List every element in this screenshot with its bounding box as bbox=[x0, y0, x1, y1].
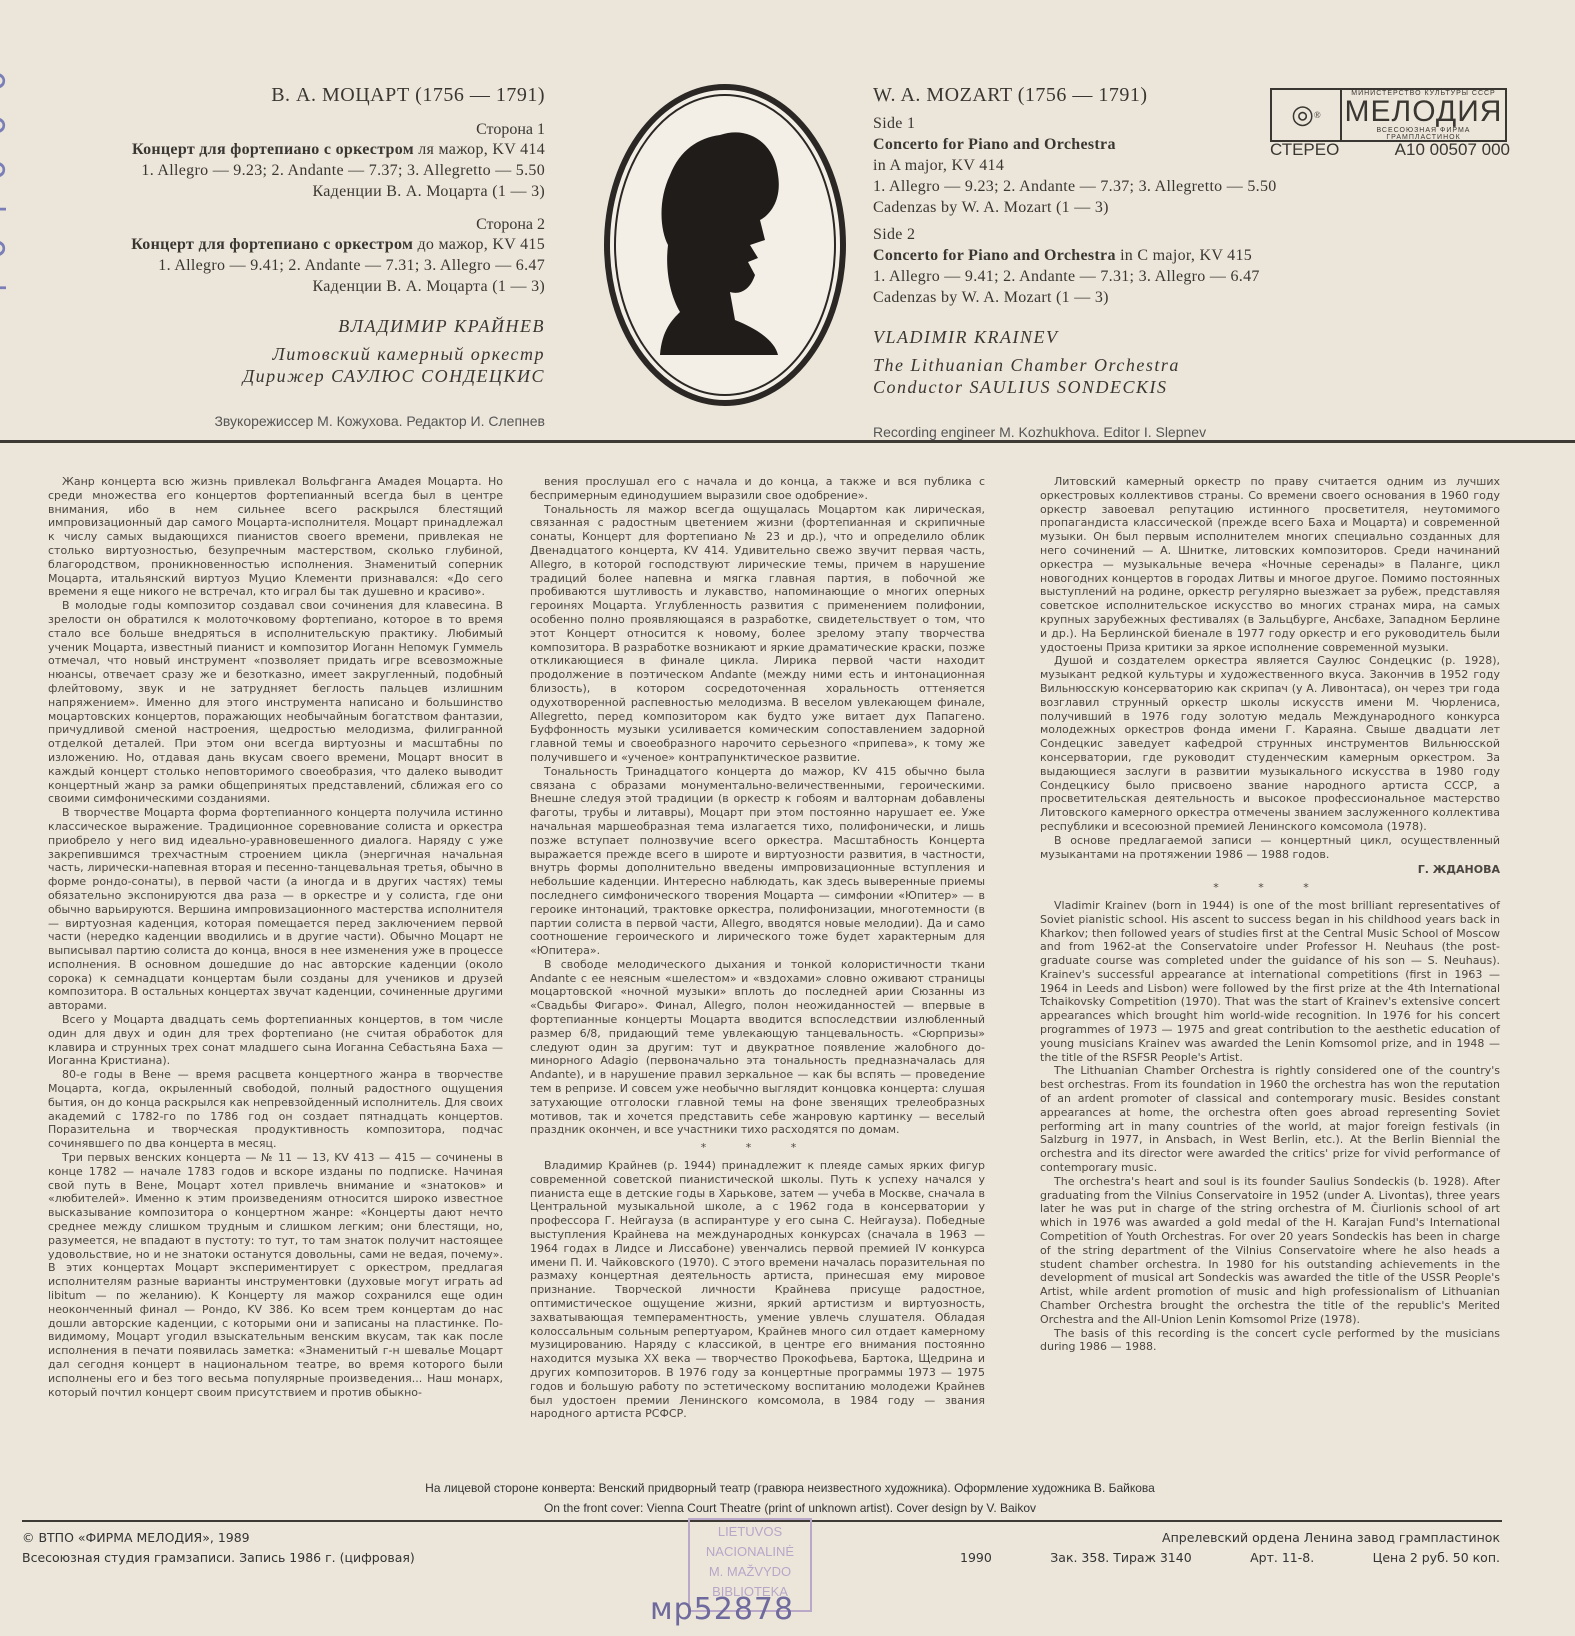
paragraph: Душой и создателем оркестра является Сау… bbox=[1040, 654, 1500, 833]
mozart-silhouette-icon bbox=[600, 80, 850, 410]
footer-left: © ВТПО «ФИРМА МЕЛОДИЯ», 1989 Всесоюзная … bbox=[22, 1528, 415, 1568]
cover-credits: На лицевой стороне конверта: Венский при… bbox=[280, 1478, 1300, 1518]
side1-work-ru: Концерт для фортепиано с оркестром ля ма… bbox=[90, 139, 545, 160]
paragraph: Литовский камерный оркестр по праву счит… bbox=[1040, 475, 1500, 654]
side1-movements-en: 1. Allegro — 9.23; 2. Andante — 7.37; 3.… bbox=[873, 176, 1433, 197]
orchestra-ru: Литовский камерный оркестр bbox=[90, 343, 545, 365]
paragraph: Тональность Тринадцатого концерта до маж… bbox=[530, 765, 985, 958]
article-number: Арт. 11-8. bbox=[1250, 1548, 1314, 1568]
side2-work-en: Concerto for Piano and Orchestra in C ma… bbox=[873, 245, 1433, 266]
price: Цена 2 руб. 50 коп. bbox=[1373, 1548, 1500, 1568]
work-key: ля мажор, KV 414 bbox=[414, 141, 545, 158]
work-key: до мажор, KV 415 bbox=[413, 236, 545, 253]
liner-notes-column-1: Жанр концерта всю жизнь привлекал Вольфг… bbox=[48, 475, 503, 1399]
stamp-line: M. MAŽVYDO bbox=[690, 1562, 810, 1582]
side2-work-ru: Концерт для фортепиано с оркестром до ма… bbox=[90, 234, 545, 255]
catalog-line: СТЕРЕО А10 00507 000 bbox=[1270, 140, 1510, 160]
engineers-ru: Звукорежиссер М. Кожухова. Редактор И. С… bbox=[90, 413, 545, 429]
work-title: Концерт для фортепиано с оркестром bbox=[131, 236, 413, 253]
paragraph: В творчестве Моцарта форма фортепианного… bbox=[48, 806, 503, 1013]
liner-notes-column-3: Литовский камерный оркестр по праву счит… bbox=[1040, 475, 1500, 1354]
paragraph: вения прослушал его с начала и до конца,… bbox=[530, 475, 985, 503]
author-signature: Г. ЖДАНОВА bbox=[1040, 863, 1500, 877]
work-title: Concerto for Piano and Orchestra bbox=[873, 247, 1116, 264]
russian-track-listing: В. А. МОЦАРТ (1756 — 1791) Сторона 1 Кон… bbox=[90, 84, 545, 429]
paragraph: The orchestra's heart and soul is its fo… bbox=[1040, 1175, 1500, 1327]
side2-label-ru: Сторона 2 bbox=[90, 216, 545, 234]
brand-name: МЕЛОДИЯ bbox=[1342, 97, 1505, 127]
record-disc-icon: ◎® bbox=[1272, 90, 1342, 140]
paragraph: В молодые годы композитор создавал свои … bbox=[48, 599, 503, 806]
side2-movements-ru: 1. Allegro — 9.41; 2. Andante — 7.31; 3.… bbox=[90, 255, 545, 276]
stereo-label: СТЕРЕО bbox=[1270, 140, 1339, 160]
brand-subtitle: ВСЕСОЮЗНАЯ ФИРМА ГРАМПЛАСТИНОК bbox=[1342, 127, 1505, 141]
melodiya-logo: ◎® МИНИСТЕРСТВО КУЛЬТУРЫ СССР МЕЛОДИЯ ВС… bbox=[1270, 88, 1507, 142]
paragraph: 80-е годы в Вене — время расцвета концер… bbox=[48, 1068, 503, 1151]
conductor-en: Conductor SAULIUS SONDECKIS bbox=[873, 376, 1433, 398]
side1-cadenzas-ru: Каденции В. А. Моцарта (1 — 3) bbox=[90, 181, 545, 202]
side2-label-en: Side 2 bbox=[873, 224, 1433, 245]
orchestra-en: The Lithuanian Chamber Orchestra bbox=[873, 354, 1433, 376]
order-circulation: Зак. 358. Тираж 3140 bbox=[1050, 1548, 1191, 1568]
side2-movements-en: 1. Allegro — 9.41; 2. Andante — 7.31; 3.… bbox=[873, 266, 1433, 287]
factory-name: Апрелевский ордена Ленина завод грамплас… bbox=[960, 1528, 1500, 1548]
engineers-en: Recording engineer M. Kozhukhova. Editor… bbox=[873, 424, 1433, 440]
side1-movements-ru: 1. Allegro — 9.23; 2. Andante — 7.37; 3.… bbox=[90, 160, 545, 181]
footer-right: Апрелевский ордена Ленина завод грамплас… bbox=[960, 1528, 1500, 1568]
print-year: 1990 bbox=[960, 1548, 992, 1568]
work-title: Концерт для фортепиано с оркестром bbox=[132, 141, 414, 158]
side1-label-ru: Сторона 1 bbox=[90, 121, 545, 139]
side1-cadenzas-en: Cadenzas by W. A. Mozart (1 — 3) bbox=[873, 197, 1433, 218]
paragraph: The basis of this recording is the conce… bbox=[1040, 1327, 1500, 1355]
paragraph: Жанр концерта всю жизнь привлекал Вольфг… bbox=[48, 475, 503, 599]
cover-credits-ru: На лицевой стороне конверта: Венский при… bbox=[280, 1478, 1300, 1498]
paragraph: Владимир Крайнев (р. 1944) принадлежит к… bbox=[530, 1159, 985, 1421]
liner-notes-column-2: вения прослушал его с начала и до конца,… bbox=[530, 475, 985, 1421]
section-separator: * * * bbox=[1040, 881, 1500, 895]
paragraph: Всего у Моцарта двадцать семь фортепианн… bbox=[48, 1013, 503, 1068]
divider bbox=[0, 440, 1575, 443]
work-key: in C major, KV 415 bbox=[1116, 247, 1252, 264]
studio-note: Всесоюзная студия грамзаписи. Запись 198… bbox=[22, 1548, 415, 1568]
side2-cadenzas-en: Cadenzas by W. A. Mozart (1 — 3) bbox=[873, 287, 1433, 308]
cover-credits-en: On the front cover: Vienna Court Theatre… bbox=[280, 1498, 1300, 1518]
copyright: © ВТПО «ФИРМА МЕЛОДИЯ», 1989 bbox=[22, 1528, 415, 1548]
paragraph: Три первых венских концерта — № 11 — 13,… bbox=[48, 1151, 503, 1399]
side2-cadenzas-ru: Каденции В. А. Моцарта (1 — 3) bbox=[90, 276, 545, 297]
soloist-ru: ВЛАДИМИР КРАЙНЕВ bbox=[90, 315, 545, 337]
work-title: Concerto for Piano and Orchestra bbox=[873, 136, 1116, 153]
composer-title-ru: В. А. МОЦАРТ (1756 — 1791) bbox=[90, 84, 545, 107]
paragraph: The Lithuanian Chamber Orchestra is righ… bbox=[1040, 1064, 1500, 1174]
paragraph: Тональность ля мажор всегда ощущалась Мо… bbox=[530, 503, 985, 765]
paragraph: Vladimir Krainev (born in 1944) is one o… bbox=[1040, 899, 1500, 1065]
paragraph: * * * bbox=[530, 1141, 985, 1155]
registered-mark: ® bbox=[1314, 110, 1321, 120]
inventory-number: мр52878 bbox=[650, 1592, 794, 1627]
stamp-line: LIETUVOS bbox=[690, 1522, 810, 1542]
conductor-ru: Дирижер САУЛЮС СОНДЕЦКИС bbox=[90, 365, 545, 387]
margin-handwritten-mark: 0 0 0 | 0 | bbox=[0, 70, 22, 430]
paragraph: В свободе мелодического дыхания и тонкой… bbox=[530, 958, 985, 1137]
paragraph: В основе предлагаемой записи — концертны… bbox=[1040, 834, 1500, 862]
soloist-en: VLADIMIR KRAINEV bbox=[873, 326, 1433, 348]
catalog-number: А10 00507 000 bbox=[1395, 140, 1510, 160]
stamp-line: NACIONALINĖ bbox=[690, 1542, 810, 1562]
